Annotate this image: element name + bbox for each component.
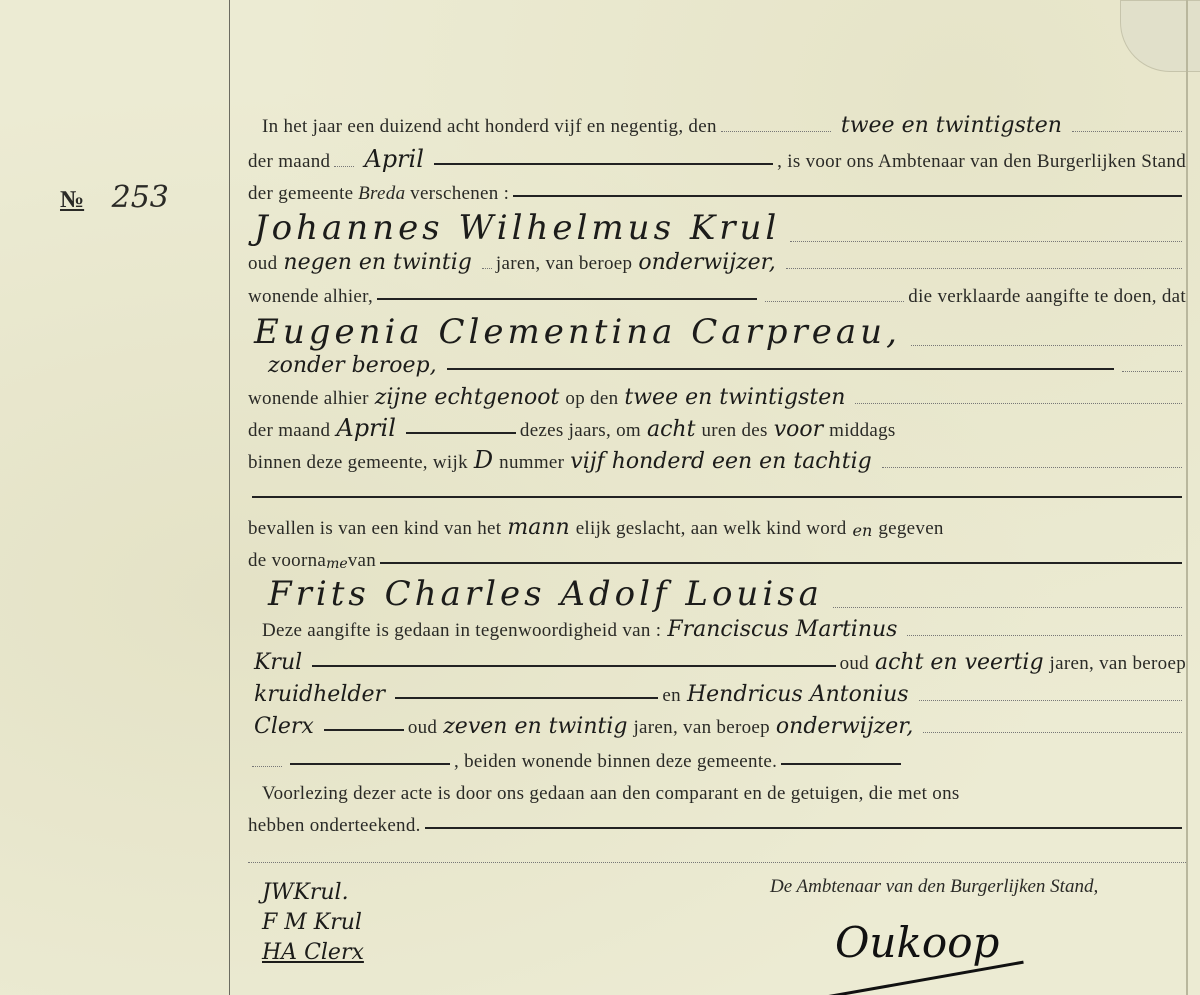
line-2: der maand April , is voor ons Ambtenaar …	[248, 143, 1186, 173]
child-names: Frits Charles Adolf Louisa	[262, 574, 829, 614]
handwritten-day: twee en twintigsten	[835, 113, 1068, 138]
birth-day: twee en twintigsten	[618, 385, 851, 410]
line-text: de voorna	[248, 550, 326, 572]
signature-divider	[248, 862, 1186, 863]
municipality: Breda	[358, 183, 405, 205]
line-text: , is voor ons Ambtenaar van den Burgerli…	[777, 151, 1186, 173]
line-7: Eugenia Clementina Carpreau,	[248, 310, 1186, 352]
line-text: uren des	[701, 420, 767, 442]
line-18: Clerx oud zeven en twintig jaren, van be…	[248, 709, 1186, 739]
line-text: wonende alhier	[248, 388, 369, 410]
line-9: wonende alhier zijne echtgenoot op den t…	[248, 380, 1186, 410]
house-number: vijf honderd een en tachtig	[564, 449, 878, 474]
signature-declarant: JWKrul.	[262, 878, 364, 908]
line-11: binnen deze gemeente, wijk D nummer vijf…	[248, 444, 1186, 474]
line-5: oud negen en twintig jaren, van beroep o…	[248, 245, 1186, 275]
mother-name: Eugenia Clementina Carpreau,	[248, 312, 907, 352]
line-17: kruidhelder en Hendricus Antonius	[248, 677, 1186, 707]
line-text: wonende alhier,	[248, 286, 373, 308]
witness-1-surname: Krul	[248, 650, 308, 675]
line-8: zonder beroep,	[262, 348, 1186, 378]
line-text: middags	[829, 420, 896, 442]
line-text: jaren, van beroep	[1050, 653, 1186, 675]
line-text: bevallen is van een kind van het	[248, 518, 501, 540]
line-text: Deze aangifte is gedaan in tegenwoordigh…	[262, 620, 661, 642]
line-text: der maand	[248, 420, 330, 442]
official-signature: Oukoop	[835, 918, 999, 967]
district: D	[468, 446, 499, 474]
line-text: der gemeente	[248, 183, 353, 205]
witness-2-age: zeven en twintig	[437, 714, 633, 739]
number-label: №	[60, 187, 84, 213]
margin-rule	[229, 0, 230, 995]
birth-hour: acht	[641, 417, 701, 442]
line-text: en	[662, 685, 681, 707]
witness-2-given-names: Hendricus Antonius	[681, 682, 915, 707]
line-text: In het jaar een duizend acht honderd vij…	[262, 116, 717, 138]
line-text: elijk geslacht, aan welk kind word	[576, 518, 847, 540]
declarant-age: negen en twintig	[277, 250, 477, 275]
line-10: der maand April dezes jaars, om acht ure…	[248, 412, 1186, 442]
page-edge	[1186, 0, 1188, 995]
relationship: zijne echtgenoot	[369, 385, 566, 410]
line-14: Frits Charles Adolf Louisa	[262, 572, 1186, 614]
number-value: 253	[112, 180, 169, 215]
birth-daypart: voor	[768, 417, 829, 442]
handwritten-suffix: me	[326, 556, 348, 572]
birth-month: April	[330, 414, 402, 442]
line-16: Krul oud acht en veertig jaren, van bero…	[248, 645, 1186, 675]
mother-profession: zonder beroep,	[262, 353, 443, 378]
witness-signatures: JWKrul. F M Krul HA Clerx	[262, 878, 364, 968]
official-title: De Ambtenaar van den Burgerlijken Stand,	[770, 876, 1098, 898]
witness-1-age: acht en veertig	[869, 650, 1050, 675]
handwritten-suffix: en	[847, 521, 879, 540]
child-sex: mann	[501, 515, 575, 540]
line-text: van	[348, 550, 376, 572]
line-text: nummer	[499, 452, 564, 474]
line-blank	[248, 476, 1186, 506]
line-13: de voorna me van	[248, 542, 1186, 572]
declarant-name: Johannes Wilhelmus Krul	[248, 208, 786, 248]
witness-2-surname: Clerx	[248, 714, 320, 739]
line-text: jaren, van beroep	[633, 717, 769, 739]
line-text: verschenen :	[410, 183, 509, 205]
line-21: hebben onderteekend.	[248, 807, 1186, 837]
line-text: hebben onderteekend.	[248, 815, 421, 837]
handwritten-month: April	[358, 145, 430, 173]
line-text: dezes jaars, om	[520, 420, 641, 442]
line-19: , beiden wonende binnen deze gemeente.	[248, 743, 1186, 773]
line-text: jaren, van beroep	[496, 253, 632, 275]
line-4: Johannes Wilhelmus Krul	[248, 208, 1186, 248]
line-text: oud	[840, 653, 869, 675]
line-3: der gemeente Breda verschenen :	[248, 175, 1186, 205]
line-20: Voorlezing dezer acte is door ons gedaan…	[262, 775, 1186, 805]
line-text: op den	[565, 388, 618, 410]
declarant-profession: onderwijzer,	[632, 250, 781, 275]
line-12: bevallen is van een kind van het mann el…	[248, 510, 1186, 540]
line-text: binnen deze gemeente, wijk	[248, 452, 468, 474]
witness-1-given-names: Franciscus Martinus	[661, 617, 903, 642]
witness-1-profession: kruidhelder	[248, 682, 391, 707]
line-text: die verklaarde aangifte te doen, dat	[908, 286, 1186, 308]
line-6: wonende alhier, die verklaarde aangifte …	[248, 278, 1186, 308]
seal-stamp	[1120, 0, 1200, 72]
signature-witness-1: F M Krul	[262, 908, 364, 938]
witness-2-profession: onderwijzer,	[770, 714, 919, 739]
line-text: der maand	[248, 151, 330, 173]
line-text: gegeven	[878, 518, 943, 540]
line-text: oud	[408, 717, 437, 739]
record-number: № 253	[60, 180, 169, 215]
line-text: Voorlezing dezer acte is door ons gedaan…	[262, 783, 960, 805]
line-1: In het jaar een duizend acht honderd vij…	[262, 108, 1186, 138]
line-text: oud	[248, 253, 277, 275]
line-15: Deze aangifte is gedaan in tegenwoordigh…	[262, 612, 1186, 642]
line-text: , beiden wonende binnen deze gemeente.	[454, 751, 777, 773]
signature-witness-2: HA Clerx	[262, 938, 364, 968]
